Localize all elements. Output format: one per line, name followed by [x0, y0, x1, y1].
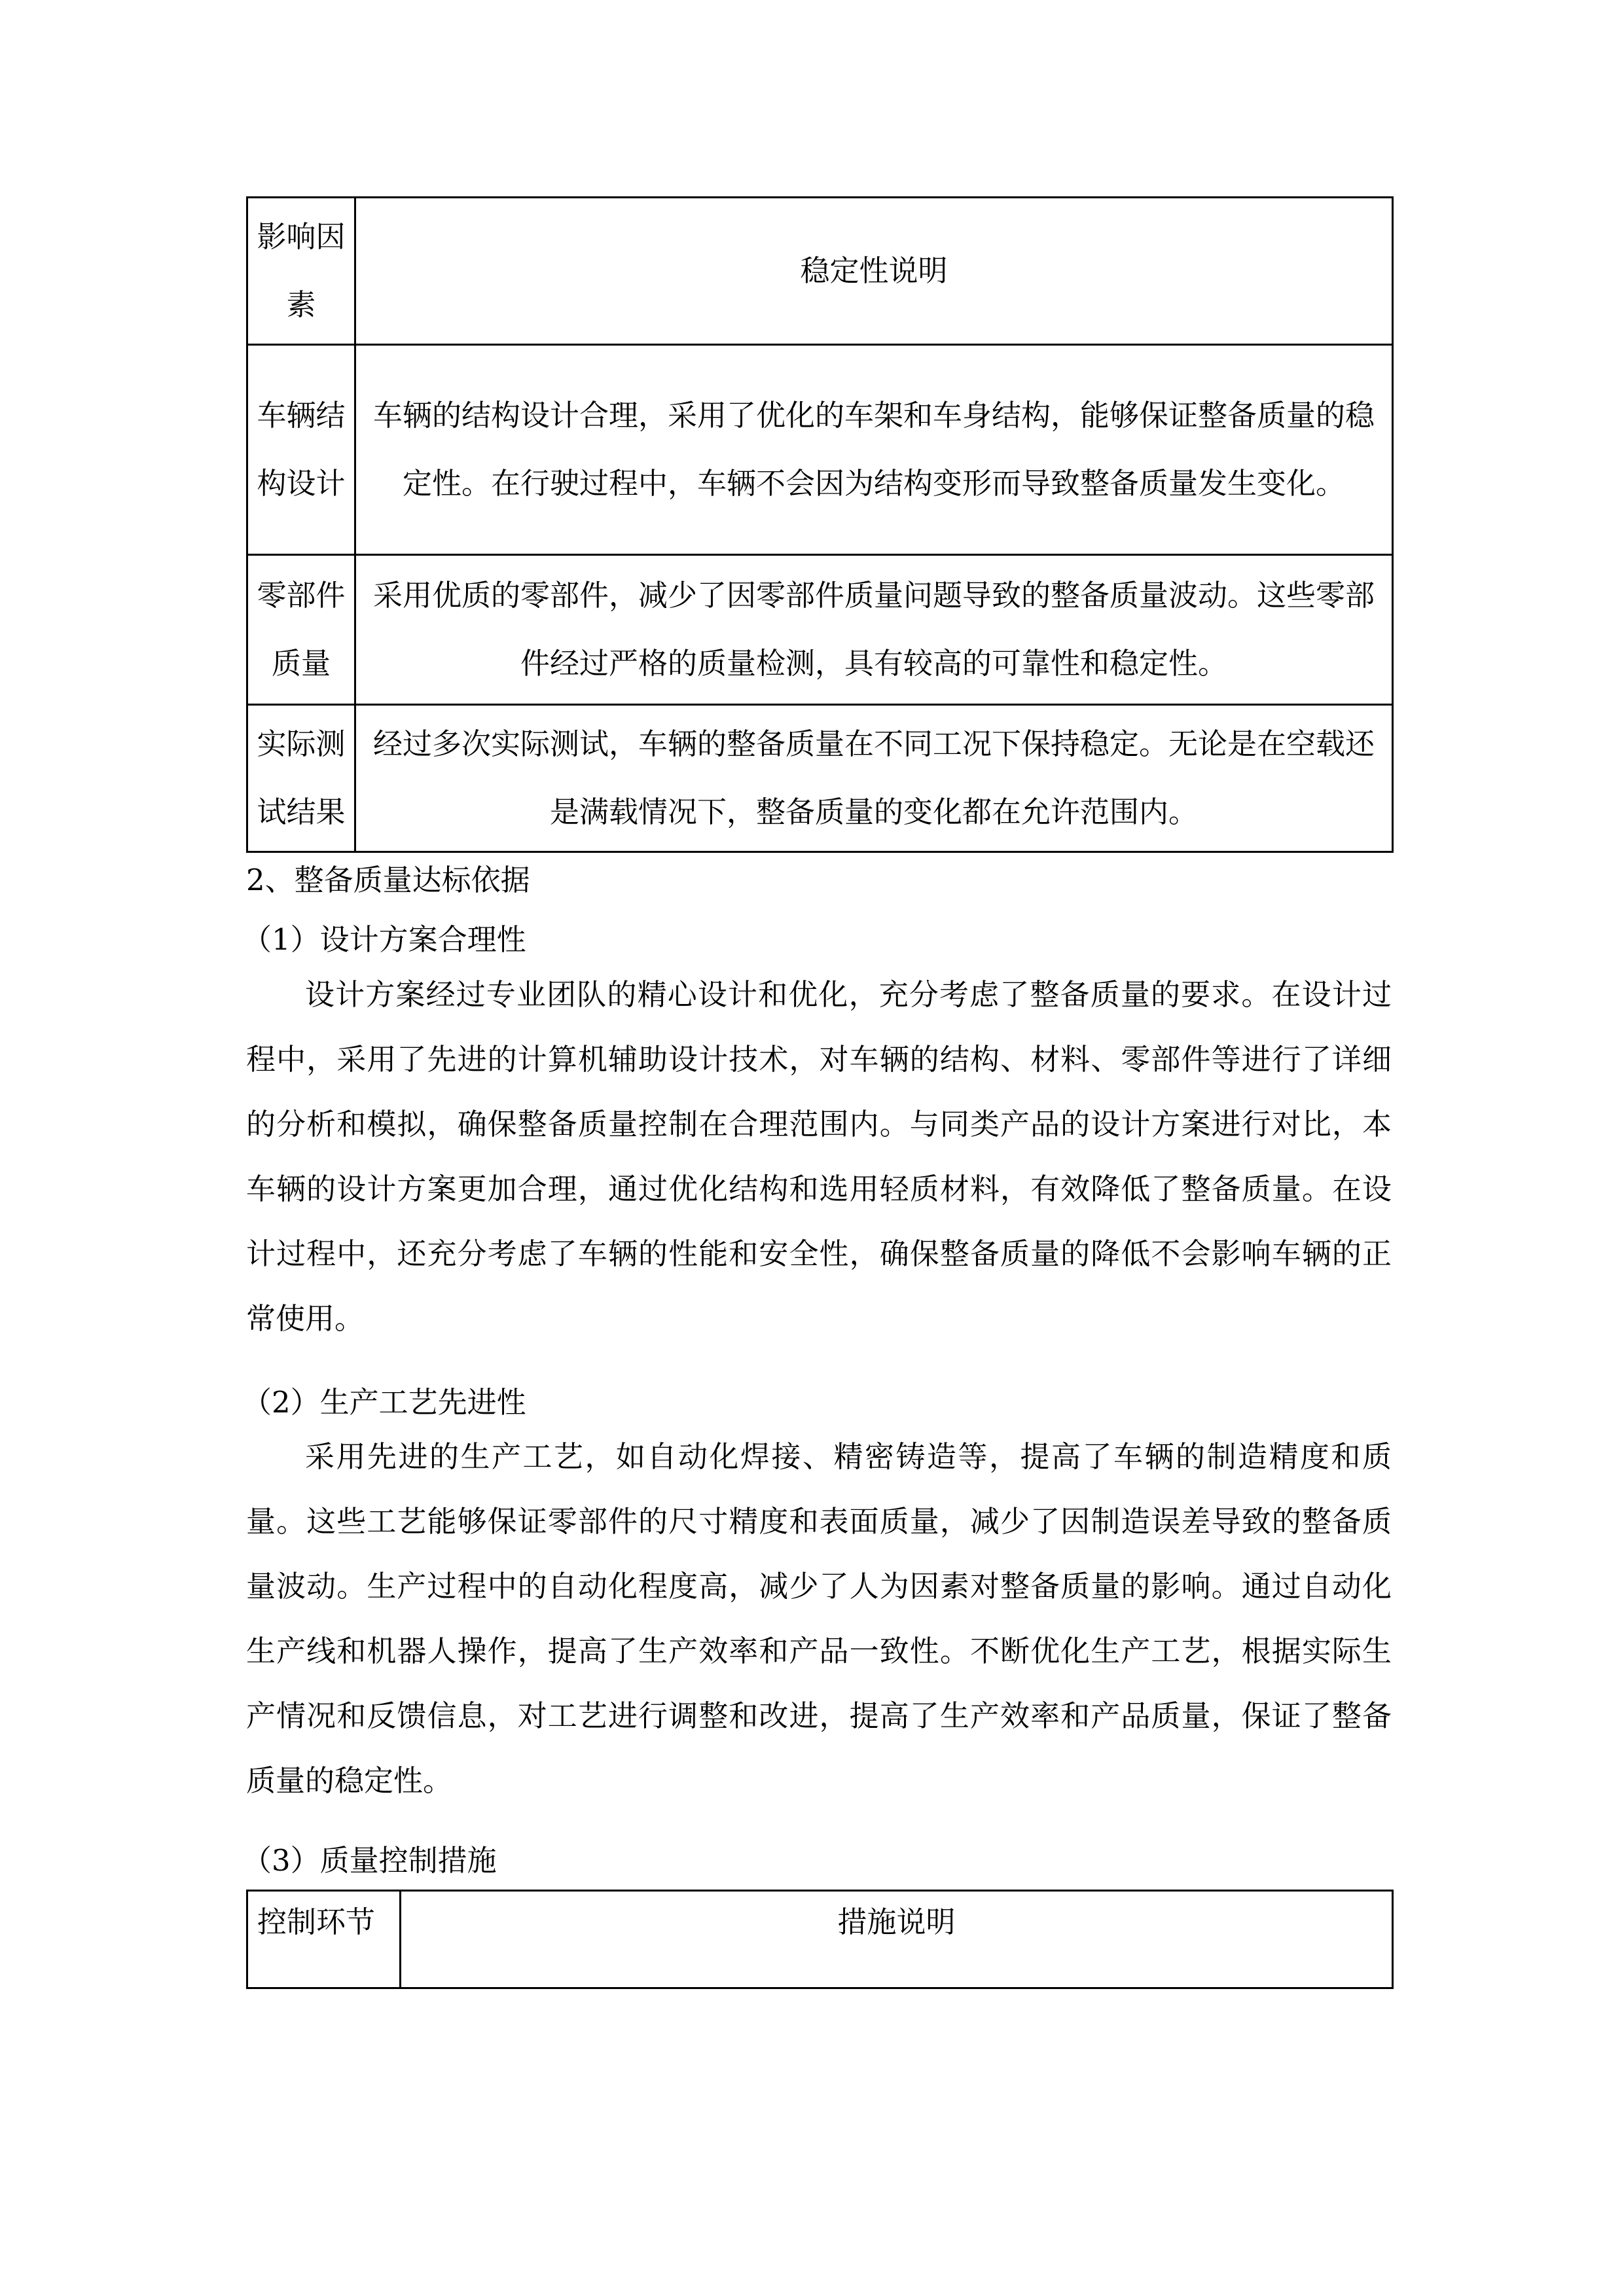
header-factor-cell: 影响因 素 — [247, 198, 355, 345]
header-measure-description-cell: 措施说明 — [401, 1891, 1393, 1988]
factor-line: 质量 — [249, 630, 353, 698]
subsection-heading: （2）生产工艺先进性 — [242, 1388, 526, 1417]
factor-line: 零部件 — [249, 562, 353, 630]
header-control-stage-cell: 控制环节 — [247, 1891, 401, 1988]
table-row: 零部件 质量 采用优质的零部件，减少了因零部件质量问题导致的整备质量波动。这些零… — [247, 555, 1393, 705]
paragraph: 采用先进的生产工艺，如自动化焊接、精密铸造等，提高了车辆的制造精度和质量。这些工… — [246, 1424, 1392, 1813]
factor-line: 实际测 — [249, 710, 353, 778]
factor-line: 构设计 — [249, 450, 353, 518]
subsection-heading: （3）质量控制措施 — [242, 1846, 497, 1875]
factor-line: 试结果 — [249, 778, 353, 846]
header-description-cell: 稳定性说明 — [355, 198, 1393, 345]
control-table-container: 控制环节 措施说明 — [246, 1890, 1392, 1989]
document-page: 影响因 素 稳定性说明 车辆结 构设计 车辆的结构设计合理，采用了优化的车架和车… — [246, 196, 1392, 853]
factor-line: 车辆结 — [249, 382, 353, 450]
table-row: 实际测 试结果 经过多次实际测试，车辆的整备质量在不同工况下保持稳定。无论是在空… — [247, 705, 1393, 852]
table-row: 车辆结 构设计 车辆的结构设计合理，采用了优化的车架和车身结构，能够保证整备质量… — [247, 345, 1393, 555]
section-heading: 2、整备质量达标依据 — [246, 865, 530, 895]
factor-cell: 零部件 质量 — [247, 555, 355, 705]
header-factor-line: 影响因 — [249, 203, 353, 271]
factor-cell: 车辆结 构设计 — [247, 345, 355, 555]
table-header-row: 控制环节 措施说明 — [247, 1891, 1393, 1988]
paragraph: 设计方案经过专业团队的精心设计和优化，充分考虑了整备质量的要求。在设计过程中，采… — [246, 962, 1392, 1351]
subsection-heading: （1）设计方案合理性 — [242, 925, 526, 954]
description-cell: 采用优质的零部件，减少了因零部件质量问题导致的整备质量波动。这些零部件经过严格的… — [355, 555, 1393, 705]
control-table: 控制环节 措施说明 — [246, 1890, 1394, 1989]
stability-table: 影响因 素 稳定性说明 车辆结 构设计 车辆的结构设计合理，采用了优化的车架和车… — [246, 196, 1394, 853]
factor-cell: 实际测 试结果 — [247, 705, 355, 852]
description-cell: 经过多次实际测试，车辆的整备质量在不同工况下保持稳定。无论是在空载还是满载情况下… — [355, 705, 1393, 852]
table-header-row: 影响因 素 稳定性说明 — [247, 198, 1393, 345]
header-factor-line: 素 — [249, 271, 353, 339]
description-cell: 车辆的结构设计合理，采用了优化的车架和车身结构，能够保证整备质量的稳定性。在行驶… — [355, 345, 1393, 555]
